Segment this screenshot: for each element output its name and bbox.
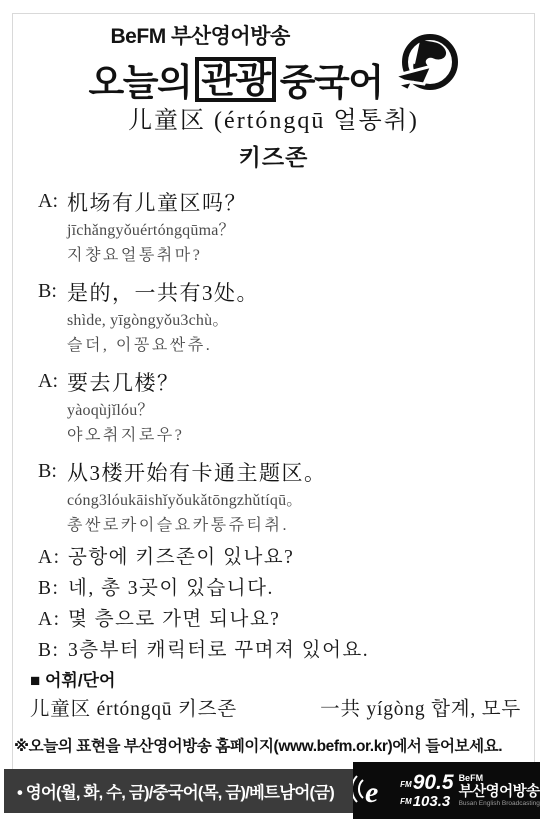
fm-1033: 103.3 [413,793,451,810]
logo-title-boxed: 관광 [195,57,275,102]
dialogue-section: A: 机场有儿童区吗？ jīchǎngyǒuértóngqūma？ 지챵요얼통취… [38,189,529,549]
befm-station-logo: e FM90.5 FM103.3 BeFM 부산영어방송 Busan Engli… [353,762,540,819]
efm-e-icon: e [353,772,395,810]
speaker-label: A: [38,370,58,393]
translation-line-3: A: 몇 층으로 가면 되나요? [38,604,529,635]
lesson-title-korean: 키즈존 [0,139,547,172]
speaker-label: A: [38,604,61,635]
vocabulary-row: 儿童区 értóngqū 키즈존 一共 yígòng 합계, 모두 [30,693,521,721]
speaker-label: B: [38,635,59,666]
dialogue-block-1: A: 机场有儿童区吗？ jīchǎngyǒuértóngqūma？ 지챵요얼통취… [38,189,529,268]
frequency-2: FM103.3 [400,794,453,809]
vocabulary-entry-1: 儿童区 értóngqū 키즈존 [30,693,237,721]
svg-text:e: e [365,776,378,809]
translation-text: 3층부터 캐릭터로 꾸며져 있어요. [68,640,369,661]
vocabulary-entry-2: 一共 yígòng 합계, 모두 [320,693,521,721]
speaker-label: A: [38,542,61,573]
translation-line-4: B: 3층부터 캐릭터로 꾸며져 있어요. [38,635,529,666]
header-logo: BeFM 부산영어방송 오늘의 관광 중국어 [0,20,547,106]
speaker-label: B: [38,460,57,483]
frequency-block: FM90.5 FM103.3 [400,772,453,809]
chinese-line: 从3楼开始有卡通主题区。 [67,459,529,488]
translation-line-2: B: 네, 총 3곳이 있습니다. [38,573,529,604]
broadcast-schedule-bar: • 영어(월, 화, 수, 금)/중국어(목, 금)/베트남어(금) [4,769,353,813]
speaker-label: B: [38,573,59,604]
broadcast-schedule-text: • 영어(월, 화, 수, 금)/중국어(목, 금)/베트남어(금) [17,779,334,803]
dialogue-block-4: B: 从3楼开始有卡通主题区。 cóng3lóukāishǐyǒukǎtōngz… [38,459,529,538]
globe-plane-icon [392,28,458,98]
dialogue-block-2: B: 是的，一共有3处。 shìde, yīgòngyǒu3chù。 슬더, 이… [38,279,529,358]
brand-name: BeFM 부산영어방송 [111,20,383,50]
korean-pronunciation-line: 야오취지로우? [67,424,529,448]
logo-title-prefix: 오늘의 [89,52,192,106]
korean-pronunciation-line: 지챵요얼통취마? [67,244,529,268]
station-brand-short: BeFM [459,773,540,783]
speaker-label: B: [38,280,57,303]
station-brand-english: Busan English Broadcasting [459,800,540,807]
chinese-line: 要去几楼？ [67,369,529,398]
chinese-line: 机场有儿童区吗？ [67,189,529,218]
korean-translation-section: A: 공항에 키즈존이 있나요? B: 네, 총 3곳이 있습니다. A: 몇 … [38,542,529,666]
korean-pronunciation-line: 총싼로카이슬요카통쥬티취. [67,514,529,538]
logo-text: BeFM 부산영어방송 오늘의 관광 중국어 [89,20,383,106]
logo-title: 오늘의 관광 중국어 [89,52,383,106]
pinyin-line: yàoqùjǐlóu？ [67,398,529,424]
translation-text: 공항에 키즈존이 있나요? [68,547,294,568]
pinyin-line: cóng3lóukāishǐyǒukǎtōngzhǔtíqū。 [67,488,529,514]
translation-text: 네, 총 3곳이 있습니다. [68,578,274,599]
fm-905: 90.5 [413,771,454,794]
pinyin-line: jīchǎngyǒuértóngqūma？ [67,218,529,244]
fm-label: FM [400,797,412,806]
fm-label: FM [400,780,412,789]
logo-title-suffix: 중국어 [280,52,383,106]
dialogue-block-3: A: 要去几楼？ yàoqùjǐlóu？ 야오취지로우? [38,369,529,448]
speaker-label: A: [38,190,58,213]
station-brand-korean: 부산영어방송 [459,784,540,801]
homepage-notice: ※오늘의 표현을 부산영어방송 홈페이지(www.befm.or.kr)에서 들… [14,734,539,756]
chinese-line: 是的，一共有3处。 [67,279,529,308]
translation-line-1: A: 공항에 키즈존이 있나요? [38,542,529,573]
vocabulary-heading: ■ 어휘/단어 [30,666,115,691]
pinyin-line: shìde, yīgòngyǒu3chù。 [67,308,529,334]
frequency-1: FM90.5 [400,772,453,793]
translation-text: 몇 층으로 가면 되나요? [68,609,280,630]
lesson-title-chinese: 儿童区 (értóngqū 얼통취) [0,100,547,135]
station-brand-block: BeFM 부산영어방송 Busan English Broadcasting [459,773,540,807]
korean-pronunciation-line: 슬더, 이꽁요싼츄. [67,334,529,358]
